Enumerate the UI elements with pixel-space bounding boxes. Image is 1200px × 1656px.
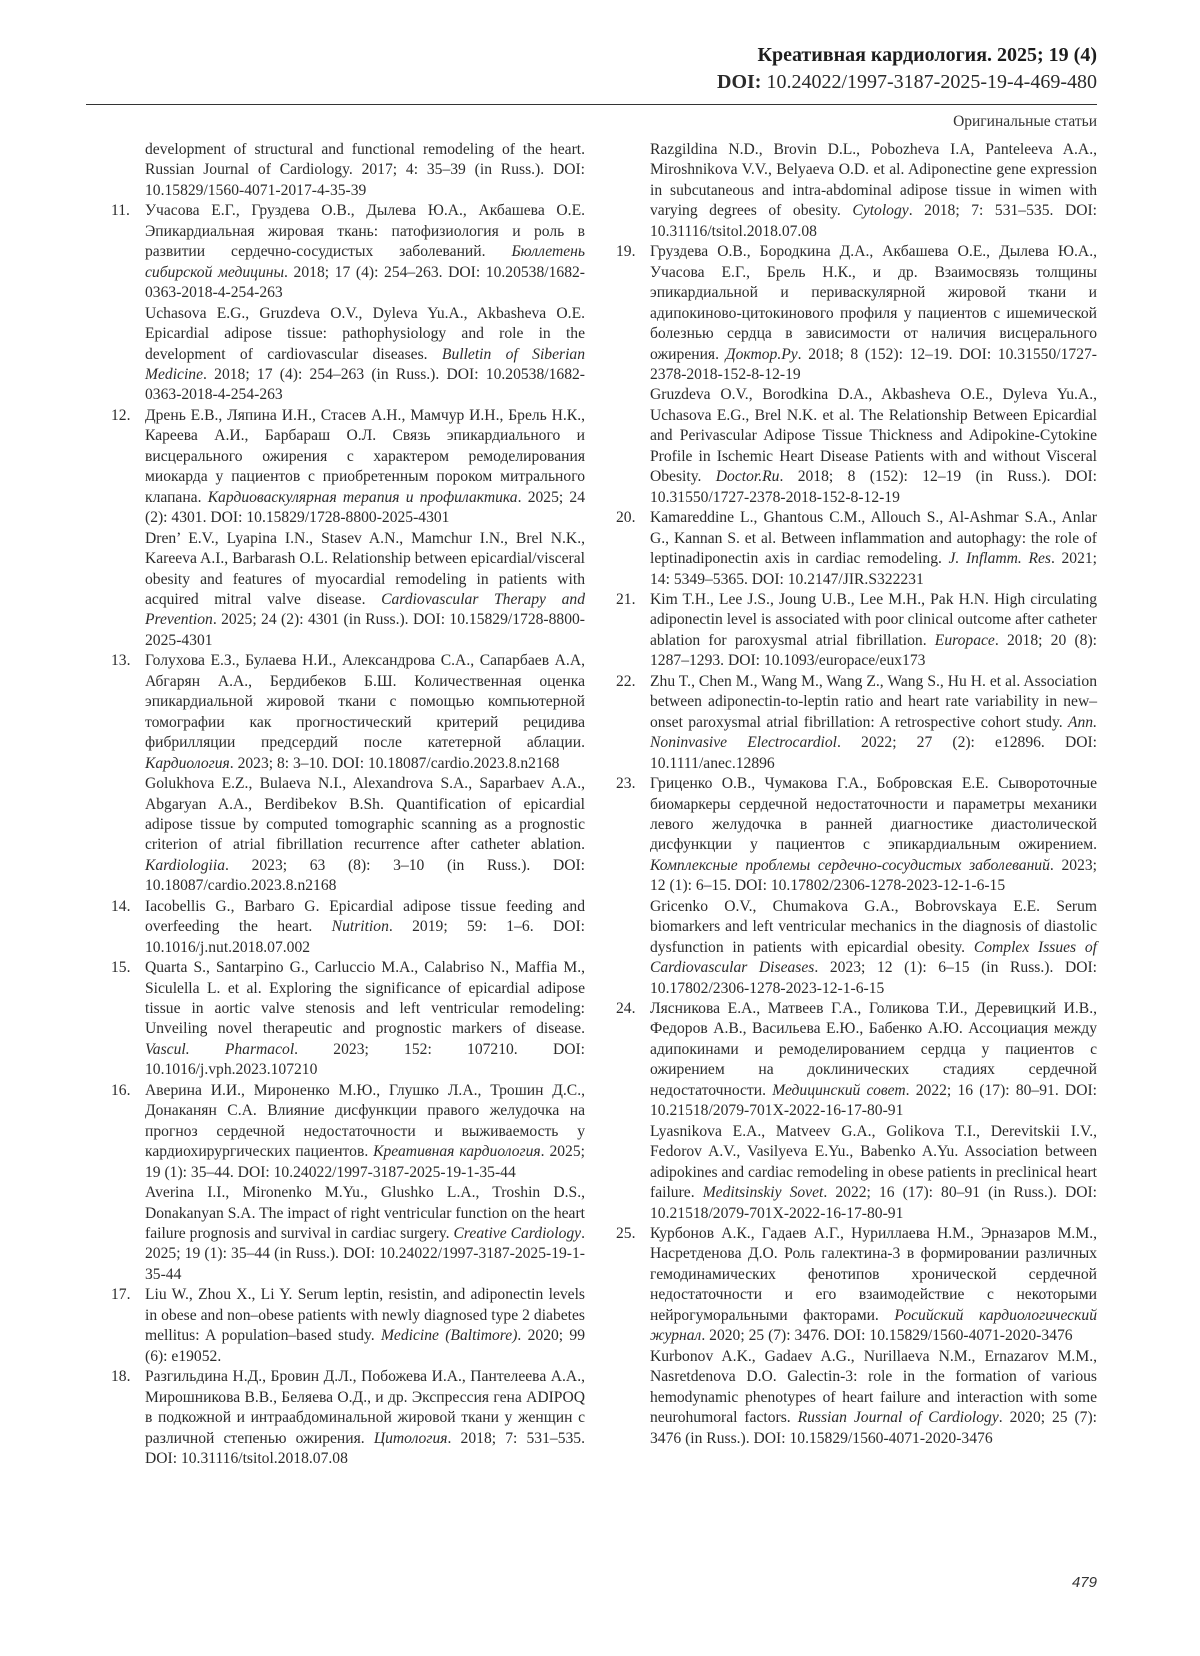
reference-details: . 2020; 25 (7): 3476. DOI: 10.15829/1560… — [701, 1327, 1072, 1344]
reference-text-en: Gricenko O.V., Chumakova G.A., Bobrovska… — [650, 897, 1097, 999]
reference-item: 14.Iacobellis G., Barbaro G. Epicardial … — [145, 897, 585, 958]
journal-title: Креативная кардиология. 2025; 19 (4) — [757, 44, 1097, 67]
reference-list: 19.Груздева О.В., Бородкина Д.А., Акбаше… — [650, 242, 1097, 1449]
reference-item: 11.Учасова Е.Г., Груздева О.В., Дылева Ю… — [145, 201, 585, 406]
article-doi: DOI: 10.24022/1997-3187-2025-19-4-469-48… — [717, 71, 1097, 94]
reference-text-ru: Груздева О.В., Бородкина Д.А., Акбашева … — [650, 242, 1097, 385]
reference-number: 16. — [111, 1081, 141, 1101]
reference-number: 25. — [616, 1224, 646, 1244]
reference-item: 18.Разгильдина Н.Д., Бровин Д.Л., Побоже… — [145, 1367, 585, 1469]
reference-item: 20.Kamareddine L., Ghantous C.M., Allouc… — [650, 508, 1097, 590]
reference-number: 18. — [111, 1367, 141, 1387]
reference-journal: Цитология — [374, 1430, 448, 1447]
reference-text-ru: Дрень Е.В., Ляпина И.Н., Стасев А.Н., Ма… — [145, 406, 585, 529]
doi-value: 10.24022/1997-3187-2025-19-4-469-480 — [761, 71, 1097, 93]
reference-journal: Kardiologiia — [145, 857, 225, 874]
reference-text-ru: Аверина И.И., Мироненко М.Ю., Глушко Л.А… — [145, 1081, 585, 1183]
reference-text-ru: Zhu T., Chen M., Wang M., Wang Z., Wang … — [650, 672, 1097, 774]
reference-number: 11. — [111, 201, 141, 221]
reference-continuation: development of structural and functional… — [145, 140, 585, 201]
reference-journal: Meditsinskiy Sovet — [703, 1184, 824, 1201]
reference-journal: Кардиология — [145, 755, 230, 772]
reference-text-ru: Курбонов А.К., Гадаев А.Г., Нуриллаева Н… — [650, 1224, 1097, 1347]
reference-number: 20. — [616, 508, 646, 528]
reference-text-ru: Kim T.H., Lee J.S., Joung U.B., Lee M.H.… — [650, 590, 1097, 672]
reference-journal: Europace — [935, 632, 995, 649]
reference-text-en: Golukhova E.Z., Bulaeva N.I., Alexandrov… — [145, 774, 585, 897]
reference-journal: Vascul. Pharmacol — [145, 1041, 294, 1058]
reference-item: 22.Zhu T., Chen M., Wang M., Wang Z., Wa… — [650, 672, 1097, 774]
reference-authors-title: Гриценко О.В., Чумакова Г.А., Бобровская… — [650, 775, 1097, 853]
reference-number: 21. — [616, 590, 646, 610]
reference-journal: Кардиоваскулярная терапия и профилактика — [208, 489, 518, 506]
reference-authors-title: Quarta S., Santarpino G., Carluccio M.A.… — [145, 959, 585, 1037]
reference-number: 15. — [111, 958, 141, 978]
reference-details: . 2018; 17 (4): 254–263 (in Russ.). DOI:… — [145, 366, 585, 403]
reference-number: 23. — [616, 774, 646, 794]
reference-authors-title: Zhu T., Chen M., Wang M., Wang Z., Wang … — [650, 673, 1097, 731]
reference-number: 14. — [111, 897, 141, 917]
reference-journal: Креативная кардиология — [373, 1143, 541, 1160]
reference-text-ru: Лясникова Е.А., Матвеев Г.А., Голикова Т… — [650, 999, 1097, 1122]
reference-text-ru: Quarta S., Santarpino G., Carluccio M.A.… — [145, 958, 585, 1081]
reference-item: 19.Груздева О.В., Бородкина Д.А., Акбаше… — [650, 242, 1097, 508]
reference-details: . 2023; 8: 3–10. DOI: 10.18087/cardio.20… — [230, 755, 560, 772]
references-left-column: development of structural and functional… — [145, 140, 585, 1469]
reference-text-en: Dren’ E.V., Lyapina I.N., Stasev A.N., M… — [145, 529, 585, 652]
reference-text-ru: Kamareddine L., Ghantous C.M., Allouch S… — [650, 508, 1097, 590]
reference-journal: Nutrition — [332, 918, 389, 935]
reference-journal: Medicine (Baltimore) — [381, 1327, 517, 1344]
section-label: Оригинальные статьи — [953, 113, 1097, 131]
reference-journal: Cytology — [852, 202, 908, 219]
reference-journal: J. Inflamm. Res — [949, 550, 1051, 567]
reference-item: 12.Дрень Е.В., Ляпина И.Н., Стасев А.Н.,… — [145, 406, 585, 651]
reference-text-ru: Liu W., Zhou X., Li Y. Serum leptin, res… — [145, 1285, 585, 1367]
reference-text-ru: Голухова Е.З., Булаева Н.И., Александров… — [145, 651, 585, 774]
reference-journal: Доктор.Ру — [726, 346, 798, 363]
reference-text-en: Kurbonov A.K., Gadaev A.G., Nurillaeva N… — [650, 1347, 1097, 1449]
reference-text-ru: Разгильдина Н.Д., Бровин Д.Л., Побожева … — [145, 1367, 585, 1469]
reference-item: 16.Аверина И.И., Мироненко М.Ю., Глушко … — [145, 1081, 585, 1286]
reference-journal: Медицинский совет — [772, 1082, 905, 1099]
reference-item: 17.Liu W., Zhou X., Li Y. Serum leptin, … — [145, 1285, 585, 1367]
reference-number: 12. — [111, 406, 141, 426]
reference-list: 11.Учасова Е.Г., Груздева О.В., Дылева Ю… — [145, 201, 585, 1469]
reference-item: 21.Kim T.H., Lee J.S., Joung U.B., Lee M… — [650, 590, 1097, 672]
reference-journal: Russian Journal of Cardiology — [798, 1409, 999, 1426]
reference-item: 24.Лясникова Е.А., Матвеев Г.А., Голиков… — [650, 999, 1097, 1224]
header-divider — [86, 104, 1097, 105]
reference-text-ru: Учасова Е.Г., Груздева О.В., Дылева Ю.А.… — [145, 201, 585, 303]
reference-number: 24. — [616, 999, 646, 1019]
reference-number: 19. — [616, 242, 646, 262]
reference-item: 13.Голухова Е.З., Булаева Н.И., Александ… — [145, 651, 585, 896]
reference-text-en: Averina I.I., Mironenko M.Yu., Glushko L… — [145, 1183, 585, 1285]
reference-number: 13. — [111, 651, 141, 671]
reference-text-en: Lyasnikova E.A., Matveev G.A., Golikova … — [650, 1122, 1097, 1224]
reference-text: Razgildina N.D., Brovin D.L., Pobozheva … — [650, 140, 1097, 242]
reference-text-ru: Iacobellis G., Barbaro G. Epicardial adi… — [145, 897, 585, 958]
reference-item: 25.Курбонов А.К., Гадаев А.Г., Нуриллаев… — [650, 1224, 1097, 1449]
reference-item: 15.Quarta S., Santarpino G., Carluccio M… — [145, 958, 585, 1081]
reference-continuation: Razgildina N.D., Brovin D.L., Pobozheva … — [650, 140, 1097, 242]
reference-item: 23.Гриценко О.В., Чумакова Г.А., Бобровс… — [650, 774, 1097, 999]
reference-text-en: Uchasova E.G., Gruzdeva O.V., Dyleva Yu.… — [145, 304, 585, 406]
references-right-column: Razgildina N.D., Brovin D.L., Pobozheva … — [650, 140, 1097, 1449]
reference-number: 22. — [616, 672, 646, 692]
reference-journal: Doctor.Ru — [716, 468, 780, 485]
reference-text-en: Gruzdeva O.V., Borodkina D.A., Akbasheva… — [650, 385, 1097, 508]
doi-label: DOI: — [717, 71, 761, 93]
reference-text-ru: Гриценко О.В., Чумакова Г.А., Бобровская… — [650, 774, 1097, 897]
reference-authors-title: Голухова Е.З., Булаева Н.И., Александров… — [145, 652, 585, 751]
reference-text: development of structural and functional… — [145, 140, 585, 201]
reference-journal: Creative Cardiology — [454, 1225, 582, 1242]
reference-authors-title: Golukhova E.Z., Bulaeva N.I., Alexandrov… — [145, 775, 585, 853]
reference-journal: Комплексные проблемы сердечно-сосудистых… — [650, 857, 1050, 874]
page-number: 479 — [1072, 1574, 1097, 1591]
reference-number: 17. — [111, 1285, 141, 1305]
